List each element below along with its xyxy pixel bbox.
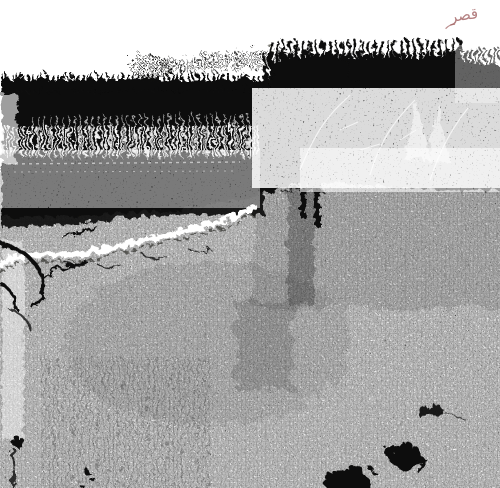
blot-left-edge bbox=[7, 431, 19, 443]
artwork: قصر bbox=[0, 0, 500, 488]
artwork-page: قصر bbox=[0, 0, 500, 488]
burlap-light-left-margin bbox=[0, 238, 22, 438]
bush-cluster bbox=[126, 51, 168, 77]
white-speckle-far-right-top bbox=[455, 45, 500, 103]
blot-left-streak bbox=[10, 446, 13, 488]
burlap-shade-mid-column bbox=[232, 298, 290, 386]
blot-satellite-1 bbox=[370, 468, 375, 473]
mark-left-3 bbox=[78, 482, 82, 486]
white-speckle-left-lower bbox=[0, 150, 260, 208]
mark-left-1 bbox=[82, 467, 88, 473]
mark-left-2 bbox=[91, 478, 96, 483]
white-speckle-right-lower bbox=[300, 148, 500, 192]
blot-satellite-2 bbox=[418, 460, 422, 464]
